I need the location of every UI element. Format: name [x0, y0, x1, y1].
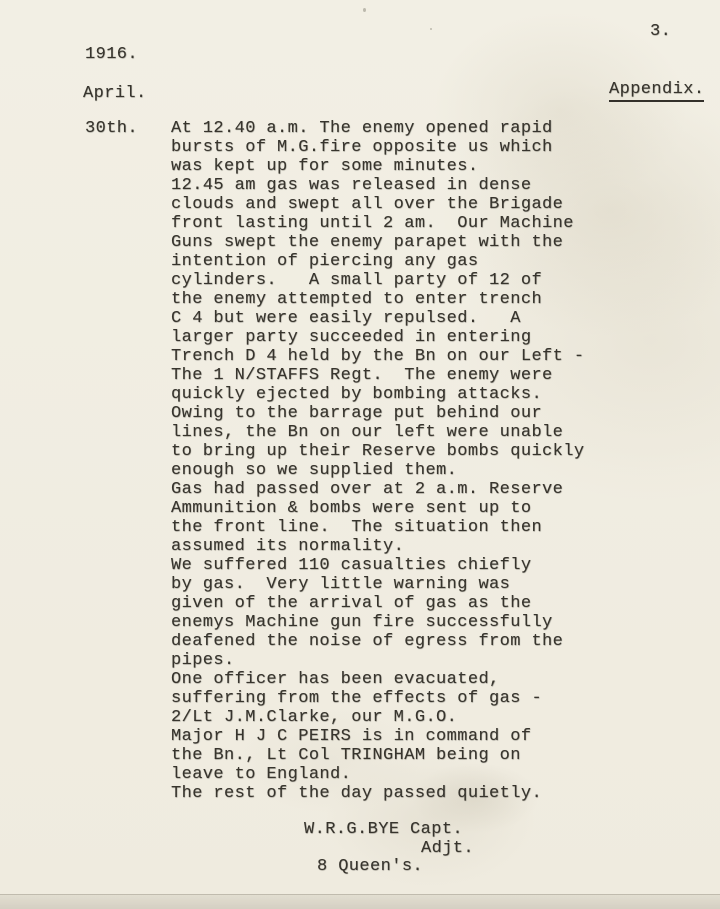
body-line: pipes. [171, 651, 584, 670]
body-line: Owing to the barrage put behind our [171, 404, 584, 423]
appendix-label: Appendix. [609, 80, 704, 102]
body-line: front lasting until 2 am. Our Machine [171, 214, 584, 233]
page-bottom-edge [0, 894, 720, 909]
body-line: cylinders. A small party of 12 of [171, 271, 584, 290]
body-line: Major H J C PEIRS is in command of [171, 727, 584, 746]
signature-name: W.R.G.BYE Capt. [304, 820, 463, 839]
body-line: bursts of M.G.fire opposite us which [171, 138, 584, 157]
body-line: lines, the Bn on our left were unable [171, 423, 584, 442]
year-heading: 1916. [85, 45, 138, 64]
body-line: The rest of the day passed quietly. [171, 784, 584, 803]
signature-unit: 8 Queen's. [317, 857, 423, 876]
body-line: We suffered 110 casualties chiefly [171, 556, 584, 575]
body-line: Trench D 4 held by the Bn on our Left - [171, 347, 584, 366]
body-line: to bring up their Reserve bombs quickly [171, 442, 584, 461]
month-heading: April. [83, 84, 147, 103]
body-line: One officer has been evacuated, [171, 670, 584, 689]
signature-role: Adjt. [421, 839, 474, 858]
body-line: assumed its normality. [171, 537, 584, 556]
body-line: C 4 but were easily repulsed. A [171, 309, 584, 328]
ink-speck [430, 28, 432, 30]
body-line: The 1 N/STAFFS Regt. The enemy were [171, 366, 584, 385]
body-line: the enemy attempted to enter trench [171, 290, 584, 309]
page-number: 3. [650, 22, 671, 41]
ink-speck [363, 8, 366, 12]
day-label: 30th. [85, 119, 138, 138]
war-diary-page: 3. 1916. April. Appendix. 30th. At 12.40… [0, 0, 720, 909]
body-line: 2/Lt J.M.Clarke, our M.G.O. [171, 708, 584, 727]
body-line: the front line. The situation then [171, 518, 584, 537]
body-line: enough so we supplied them. [171, 461, 584, 480]
body-line: enemys Machine gun fire successfully [171, 613, 584, 632]
body-line: Gas had passed over at 2 a.m. Reserve [171, 480, 584, 499]
body-line: suffering from the effects of gas - [171, 689, 584, 708]
body-line: the Bn., Lt Col TRINGHAM being on [171, 746, 584, 765]
body-line: quickly ejected by bombing attacks. [171, 385, 584, 404]
body-line: deafened the noise of egress from the [171, 632, 584, 651]
body-line: was kept up for some minutes. [171, 157, 584, 176]
body-line: Guns swept the enemy parapet with the [171, 233, 584, 252]
body-line: by gas. Very little warning was [171, 575, 584, 594]
body-line: 12.45 am gas was released in dense [171, 176, 584, 195]
body-line: leave to England. [171, 765, 584, 784]
body-line: Ammunition & bombs were sent up to [171, 499, 584, 518]
diary-entry-text: At 12.40 a.m. The enemy opened rapidburs… [171, 119, 584, 803]
body-line: At 12.40 a.m. The enemy opened rapid [171, 119, 584, 138]
body-line: intention of piercing any gas [171, 252, 584, 271]
body-line: larger party succeeded in entering [171, 328, 584, 347]
body-line: clouds and swept all over the Brigade [171, 195, 584, 214]
body-line: given of the arrival of gas as the [171, 594, 584, 613]
